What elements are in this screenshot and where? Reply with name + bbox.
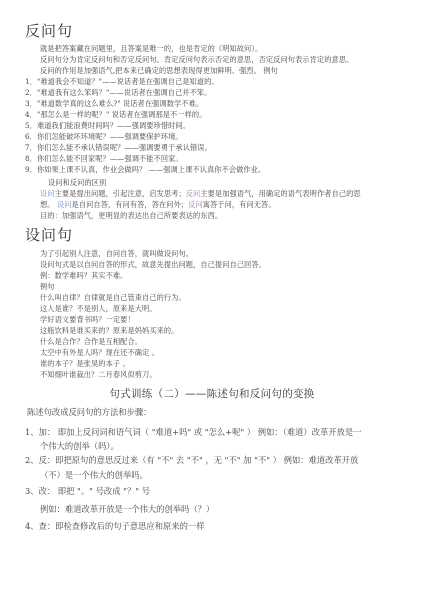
shewen-line-4: 例句 — [40, 282, 55, 291]
difference-text: 主要是提出问题，引起注意，启发思考； — [55, 189, 186, 198]
fanwen-example-4: 4．"那怎么是一样的呢？" 说话者在强调那是不一样的。 — [25, 110, 206, 119]
training-title: 句式训练（二）——陈述句和反问句的变换 — [0, 386, 424, 401]
fanwen-example-9: 9．你如果上课不认真，作业会做吗？ ——强调上课不认真你不会做作业。 — [25, 165, 265, 174]
fanwen-example-8: 8．你们怎么能不回家呢？——强调不能不回家。 — [25, 154, 183, 163]
shewen-line-1: 为了引起别人注意，自问自答，就叫做设问句。 — [40, 249, 193, 258]
fanwen-example-1: 1．"难道我会不知道？"——说话者是在强调自己是知道的。 — [25, 77, 219, 86]
shewen-line-8: 这瓶饮料是谁买来的？原来是妈妈买来的。 — [40, 326, 178, 335]
shewen-line-7: 学好语文要背书吗？一定要！ — [40, 315, 135, 324]
fanwen-example-6: 6．你们怎能破坏环境呢？——强调要保护环境。 — [25, 132, 183, 141]
document-page: 反问句 就是把答案藏在问题里，且答案是唯一的，也是肯定的（明知故问）。 反问句分… — [0, 0, 424, 600]
heading-fanwen: 反问句 — [25, 20, 73, 41]
shewen-line-11: 谁的本子？是张昊的本子 。 — [40, 359, 130, 368]
difference-heading: 设问和反问的区别 — [48, 178, 106, 187]
shewen-line-5: 什么叫自律？自律就是自己管束自己的行为。 — [40, 293, 186, 302]
shewen-line-10: 太空中有外星人吗？现在还不确定 。 — [40, 348, 159, 357]
step-2-line-1: 2、反：即把原句的意思反过来（有 "不" 去 "不" ，无 "不" 加 "不" … — [25, 455, 358, 466]
fanwen-example-7: 7．你们怎么能不承认错误呢？——强调要勇于承认错误。 — [25, 143, 212, 152]
difference-purpose: 目的：加强语气，更明显的表达出自己所要表达的东西。 — [40, 211, 222, 220]
step-3-line-1: 3、改： 即把 "。" 号改成 "？" 号 — [25, 486, 150, 497]
term-shewen: 设问 — [40, 189, 55, 198]
fanwen-intro-1: 就是把答案藏在问题里，且答案是唯一的，也是肯定的（明知故问）。 — [40, 44, 262, 53]
fanwen-intro-3: 反问的作用是加强语气,把本来已确定的思想表现得更加鲜明、强烈。 例句 — [40, 66, 278, 75]
shewen-line-12: 不知细叶谁裁出？二月春风似剪刀。 — [40, 370, 157, 379]
difference-text: 是自问自答，有问有答，答在问外； — [72, 200, 189, 209]
step-1-line-1: 1、加： 即加上反问词和语气词（ "难道+吗" 或 "怎么+呢" ） 例如：（难… — [25, 427, 362, 438]
shewen-line-6: 这人是谁？不是别人，原来是大明。 — [40, 304, 157, 313]
difference-line-2: 想。 设问是自问自答，有问有答，答在问外；反问寓答于问，有问无答。 — [40, 200, 276, 209]
shewen-line-2: 设问句式是以自问自答的形式，故意先提出问题，自己提问自己回答。 — [40, 260, 266, 269]
term-fanwen: 反问 — [188, 200, 203, 209]
difference-text: 想。 — [40, 200, 57, 209]
shewen-line-3: 例：数学难吗？其实不难。 — [40, 271, 127, 280]
step-4-line-1: 4、查：即检查修改后的句子意思应和原来的一样 — [25, 521, 205, 532]
difference-text: 寓答于问，有问无答。 — [203, 200, 276, 209]
step-2-line-2: （不）是一个伟大的创举吗。 — [40, 470, 148, 481]
fanwen-intro-2: 反问句分为肯定反问句和否定反问句。肯定反问句表示否定的意思，否定反问句表示肯定的… — [40, 55, 353, 64]
fanwen-example-3: 3．"难道数学真的这么难么?" 说话者在强调数学不难。 — [25, 99, 203, 108]
step-3-example: 例如：难道改革开放是一个伟大的创举吗（？） — [40, 504, 214, 515]
difference-text: 主要是加强语气，用确定的语气表明作者自己的思 — [200, 189, 360, 198]
term-fanwen: 反问 — [186, 189, 201, 198]
difference-line-1: 设问主要是提出问题，引起注意，启发思考；反问主要是加强语气，用确定的语气表明作者… — [40, 189, 361, 198]
shewen-line-9: 什么是合作？合作是互相配合。 — [40, 337, 142, 346]
heading-shewen: 设问句 — [25, 224, 73, 245]
fanwen-example-2: 2．"难道我有这么笨吗？"——说话者在强调自己并不笨。 — [25, 88, 211, 97]
training-intro: 陈述句改成反问句的方法和步骤： — [27, 407, 151, 418]
term-shewen: 设问 — [57, 200, 72, 209]
step-1-line-2: 个伟大的创举（吗）。 — [40, 441, 119, 452]
fanwen-example-5: 5．难道我们能浪费时间吗？——强调要珍惜时间。 — [25, 121, 190, 130]
